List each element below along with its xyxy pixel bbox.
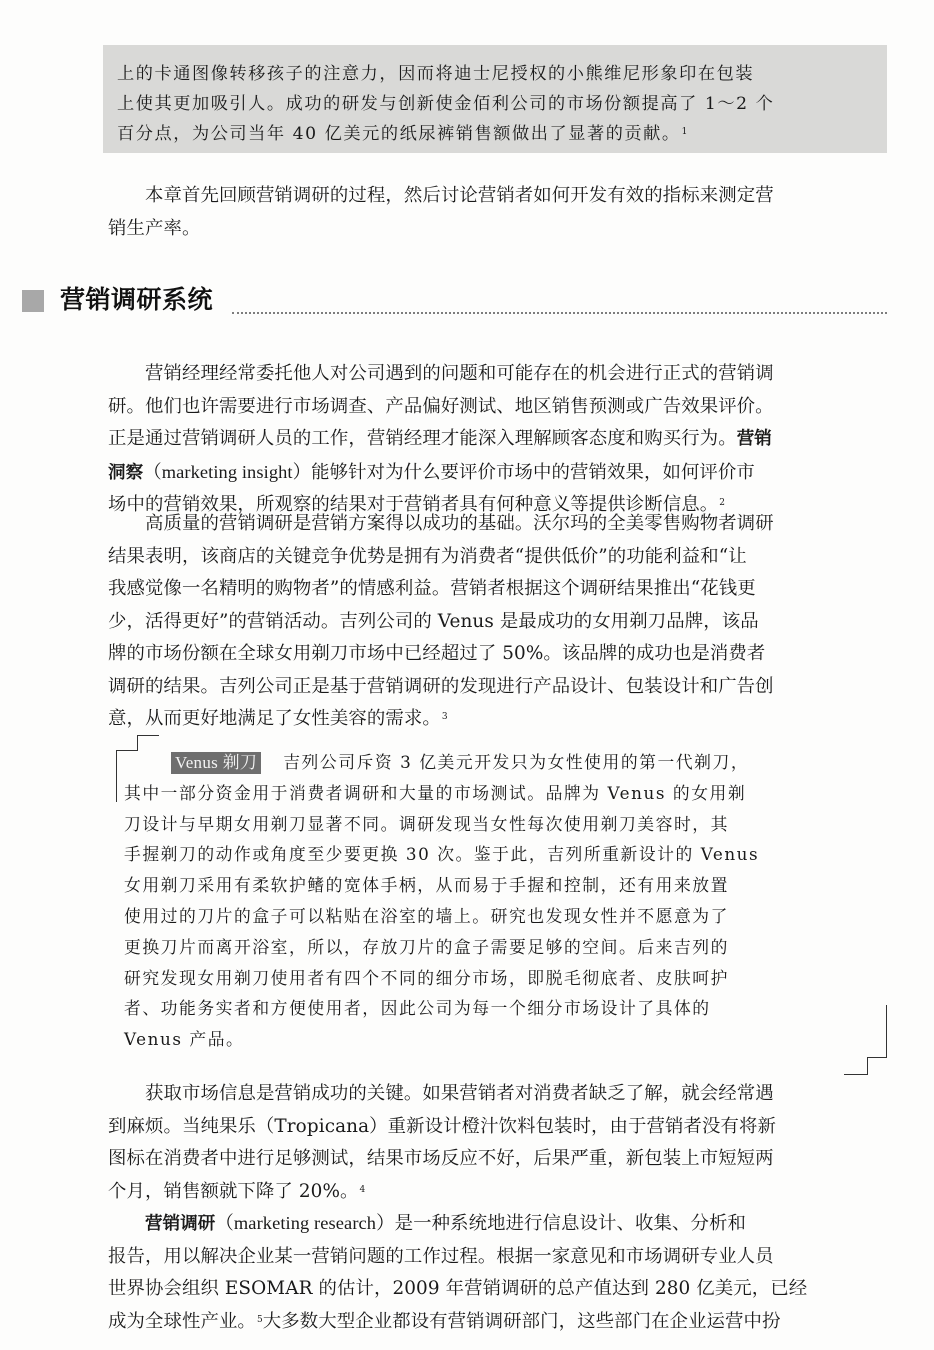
p3-line-3: 图标在消费者中进行足够测试，结果市场反应不好，后果严重，新包装上市短短两: [108, 1143, 890, 1176]
inset-line-8: 研究发现女用剃刀使用者有四个不同的细分市场，即脱毛彻底者、皮肤呵护: [124, 963, 884, 994]
p4-line-2: 报告，用以解决企业某一营销问题的工作过程。根据一家意见和市场调研专业人员: [108, 1241, 890, 1274]
case-line-1: 上的卡通图像转移孩子的注意力，因而将迪士尼授权的小熊维尼形象印在包装: [117, 59, 873, 89]
p3-line-4: 个月，销售额就下降了 20%。4: [108, 1176, 890, 1209]
intro-line-1: 本章首先回顾营销调研的过程，然后讨论营销者如何开发有效的指标来测定营: [108, 180, 890, 213]
p1-line-4-text: 能够针对为什么要评价市场中的营销效果，如何评价市: [311, 462, 755, 483]
footnote-ref-4: 4: [360, 1185, 366, 1195]
p3-line-4-text: 个月，销售额就下降了 20%。: [108, 1181, 359, 1202]
p2-line-6: 调研的结果。吉列公司正是基于营销调研的发现进行产品设计、包装设计和广告创: [108, 671, 890, 704]
term-english: （marketing insight）: [143, 462, 311, 482]
term-english: （marketing research）: [215, 1213, 394, 1233]
p3-line-2: 到麻烦。当纯果乐（Tropicana）重新设计橙汁饮料包装时，由于营销者没有将新: [108, 1111, 890, 1144]
p4-line-3: 世界协会组织 ESOMAR 的估计，2009 年营销调研的总产值达到 280 亿…: [108, 1273, 890, 1306]
bracket-top-left: [116, 750, 117, 802]
inset-line-3: 刀设计与早期女用剃刀显著不同。调研发现当女性每次使用剃刀美容时，其: [124, 809, 884, 840]
term-marketing-research: 营销调研: [145, 1214, 215, 1234]
p2-line-4: 少，活得更好”的营销活动。吉列公司的 Venus 是最成功的女用剃刀品牌，该品: [108, 606, 890, 639]
bracket-bottom-right: [886, 1005, 887, 1057]
section-heading: 营销调研系统: [22, 280, 892, 320]
case-line-2: 上使其更加吸引人。成功的研发与创新使金佰利公司的市场份额提高了 1～2 个: [117, 89, 873, 119]
footnote-ref-3: 3: [442, 712, 448, 722]
case-line-3-text: 百分点，为公司当年 40 亿美元的纸尿裤销售额做出了显著的贡献。: [117, 124, 681, 144]
p1-line-1: 营销经理经常委托他人对公司遇到的问题和可能存在的机会进行正式的营销调: [108, 358, 890, 391]
section-title: 营销调研系统: [60, 280, 213, 320]
bracket-top-left: [137, 735, 159, 736]
inset-text: Venus 剃刀吉列公司斥资 3 亿美元开发只为女性使用的第一代剃刀， 其中一部…: [124, 747, 884, 1055]
venus-inset-box: Venus 剃刀吉列公司斥资 3 亿美元开发只为女性使用的第一代剃刀， 其中一部…: [108, 735, 892, 1070]
term-marketing-insight-a: 营销: [737, 429, 772, 449]
footnote-ref-5: 5: [257, 1315, 263, 1325]
p2-line-7-text: 意，从而更好地满足了女性美容的需求。: [108, 708, 441, 729]
inset-line-7: 更换刀片而离开浴室，所以，存放刀片的盒子需要足够的空间。后来吉列的: [124, 932, 884, 963]
p4-line-4-text-b: 大多数大型企业都设有营销调研部门，这些部门在企业运营中扮: [263, 1311, 781, 1332]
paragraph-marketing-insight: 营销经理经常委托他人对公司遇到的问题和可能存在的机会进行正式的营销调 研。他们也…: [108, 358, 890, 522]
bracket-bottom-right: [867, 1057, 868, 1075]
heading-dotted-rule: [232, 312, 887, 314]
p2-line-7: 意，从而更好地满足了女性美容的需求。3: [108, 703, 890, 736]
case-line-3: 百分点，为公司当年 40 亿美元的纸尿裤销售额做出了显著的贡献。1: [117, 119, 873, 149]
p4-line-1: 营销调研（marketing research）是一种系统地进行信息设计、收集、…: [108, 1207, 890, 1241]
p2-line-1: 高质量的营销调研是营销方案得以成功的基础。沃尔玛的全美零售购物者调研: [108, 508, 890, 541]
p1-line-2: 研。他们也许需要进行市场调查、产品偏好测试、地区销售预测或广告效果评价。: [108, 391, 890, 424]
p2-line-2: 结果表明，该商店的关键竞争优势是拥有为消费者“提供低价”的功能利益和“让: [108, 541, 890, 574]
book-page: 上的卡通图像转移孩子的注意力，因而将迪士尼授权的小熊维尼形象印在包装 上使其更加…: [0, 0, 934, 1350]
bracket-bottom-right: [844, 1074, 868, 1075]
inset-line-4: 手握剃刀的动作或角度至少要更换 30 次。鉴于此，吉列所重新设计的 Venus: [124, 839, 884, 870]
inset-line-2: 其中一部分资金用于消费者调研和大量的市场测试。品牌为 Venus 的女用剃: [124, 778, 884, 809]
p4-line-4: 成为全球性产业。5大多数大型企业都设有营销调研部门，这些部门在企业运营中扮: [108, 1306, 890, 1339]
paragraph-tropicana: 获取市场信息是营销成功的关键。如果营销者对消费者缺乏了解，就会经常遇 到麻烦。当…: [108, 1078, 890, 1208]
bracket-bottom-right: [867, 1057, 887, 1058]
p1-line-3: 正是通过营销调研人员的工作，营销经理才能深入理解顾客态度和购买行为。营销: [108, 423, 890, 456]
intro-paragraph: 本章首先回顾营销调研的过程，然后讨论营销者如何开发有效的指标来测定营 销生产率。: [108, 180, 890, 245]
term-marketing-insight-b: 洞察: [108, 463, 143, 483]
paragraph-marketing-research: 营销调研（marketing research）是一种系统地进行信息设计、收集、…: [108, 1207, 890, 1338]
p2-line-5: 牌的市场份额在全球女用剃刀市场中已经超过了 50%。该品牌的成功也是消费者: [108, 638, 890, 671]
intro-line-2: 销生产率。: [108, 213, 890, 246]
p3-line-1: 获取市场信息是营销成功的关键。如果营销者对消费者缺乏了解，就会经常遇: [108, 1078, 890, 1111]
case-study-box: 上的卡通图像转移孩子的注意力，因而将迪士尼授权的小熊维尼形象印在包装 上使其更加…: [103, 45, 887, 153]
p2-line-3: 我感觉像一名精明的购物者”的情感利益。营销者根据这个调研结果推出“花钱更: [108, 573, 890, 606]
inset-line-5: 女用剃刀采用有柔软护鳍的宽体手柄，从而易于手握和控制，还有用来放置: [124, 870, 884, 901]
inset-label-venus: Venus 剃刀: [171, 752, 261, 774]
inset-first-line: 吉列公司斥资 3 亿美元开发只为女性使用的第一代剃刀，: [283, 752, 749, 772]
inset-line-6: 使用过的刀片的盒子可以粘贴在浴室的墙上。研究也发现女性并不愿意为了: [124, 901, 884, 932]
p1-line-3-text: 正是通过营销调研人员的工作，营销经理才能深入理解顾客态度和购买行为。: [108, 428, 737, 449]
inset-line-10: Venus 产品。: [124, 1024, 884, 1055]
heading-square-icon: [22, 290, 44, 312]
inset-line-9: 者、功能务实者和方便使用者，因此公司为每一个细分市场设计了具体的: [124, 993, 884, 1024]
p4-line-4-text-a: 成为全球性产业。: [108, 1311, 256, 1332]
p1-line-4: 洞察（marketing insight）能够针对为什么要评价市场中的营销效果，…: [108, 456, 890, 490]
paragraph-walmart-gillette: 高质量的营销调研是营销方案得以成功的基础。沃尔玛的全美零售购物者调研 结果表明，…: [108, 508, 890, 736]
inset-line-1: Venus 剃刀吉列公司斥资 3 亿美元开发只为女性使用的第一代剃刀，: [124, 747, 884, 778]
p4-line-1-text: 是一种系统地进行信息设计、收集、分析和: [395, 1213, 746, 1234]
footnote-ref-1: 1: [682, 127, 689, 137]
footnote-ref-2: 2: [719, 498, 725, 508]
